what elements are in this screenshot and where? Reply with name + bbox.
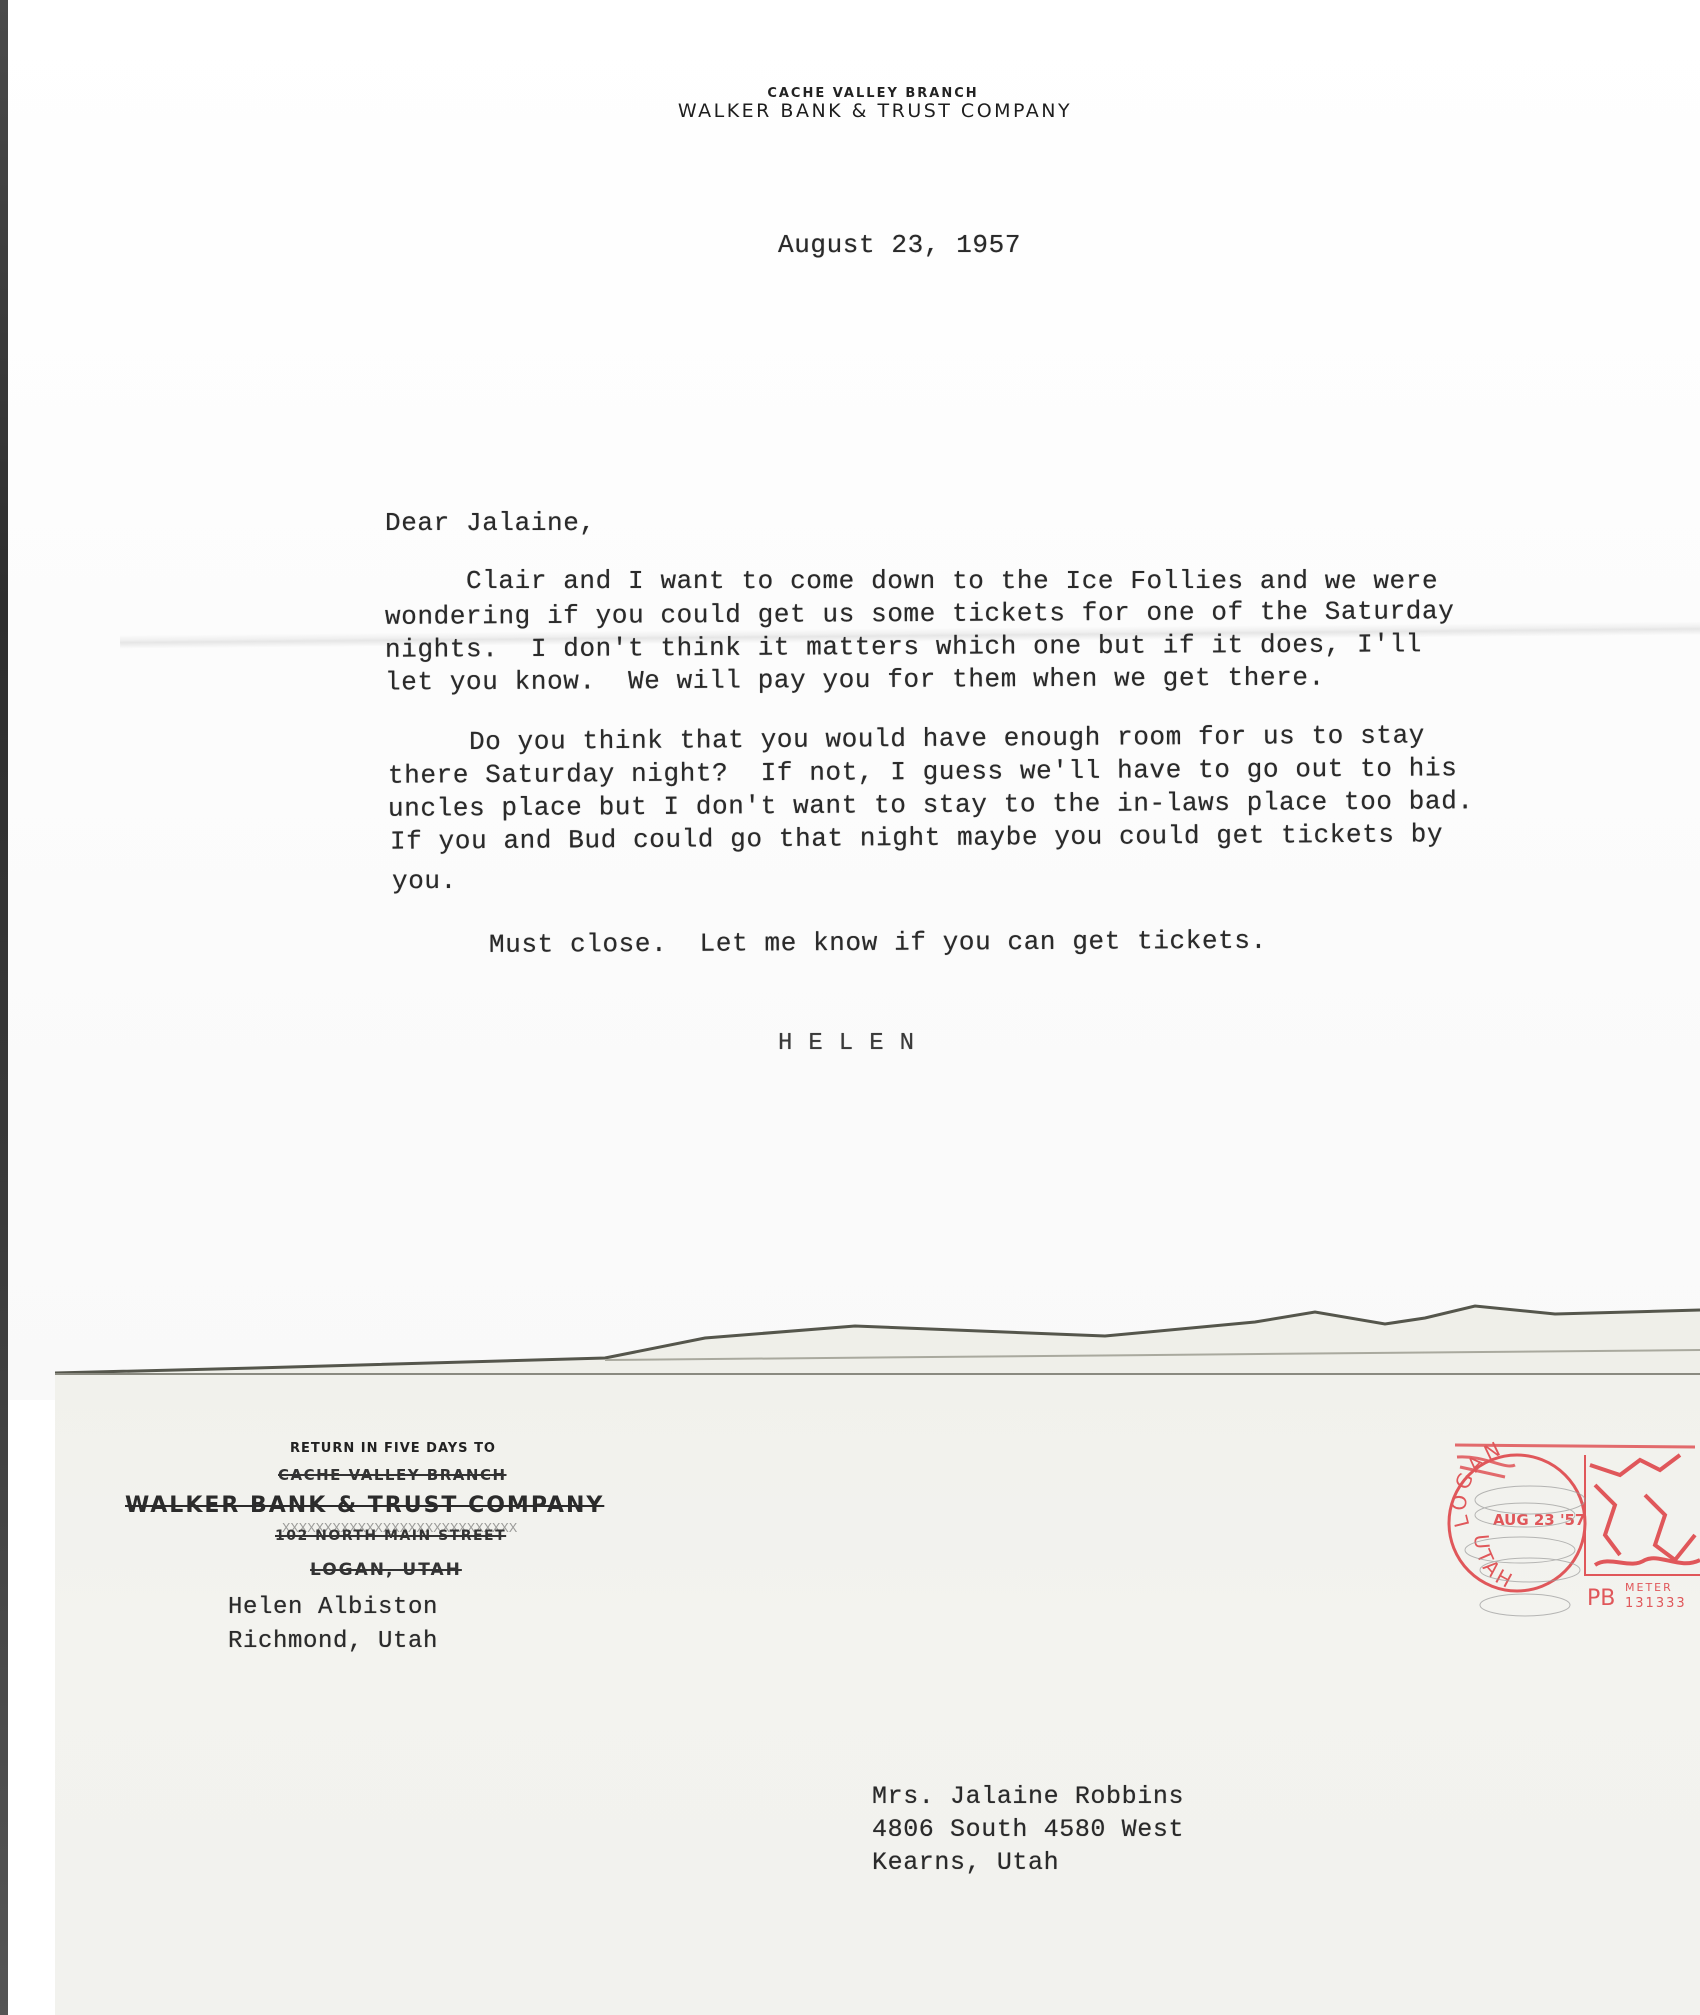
paragraph-1-line-4: let you know. We will pay you for them w… xyxy=(385,663,1325,698)
paragraph-2-line-5: you. xyxy=(392,866,457,896)
letter-date: August 23, 1957 xyxy=(778,230,1021,260)
sender-name: Helen Albiston xyxy=(228,1594,438,1621)
meter-prefix: PB xyxy=(1587,1586,1615,1611)
return-label: RETURN IN FIVE DAYS TO xyxy=(290,1441,496,1456)
recipient-city: Kearns, Utah xyxy=(872,1848,1059,1877)
crossed-out-branch: CACHE VALLEY BRANCH xyxy=(278,1466,507,1484)
meter-label: METER xyxy=(1625,1581,1673,1594)
postmark-city-bottom: UTAH xyxy=(1469,1533,1519,1594)
recipient-name: Mrs. Jalaine Robbins xyxy=(872,1782,1184,1811)
meter-number: 131333 xyxy=(1625,1596,1687,1611)
crossed-out-street: 102 NORTH MAIN STREET xyxy=(275,1528,506,1544)
signature: HELEN xyxy=(778,1030,930,1057)
recipient-street: 4806 South 4580 West xyxy=(872,1815,1184,1844)
paragraph-1-line-2: wondering if you could get us some ticke… xyxy=(385,596,1455,632)
torn-envelope-edge xyxy=(55,1300,1700,1380)
paragraph-1-line-3: nights. I don't think it matters which o… xyxy=(385,629,1422,664)
letter-sheet xyxy=(8,0,1700,1400)
sender-city: Richmond, Utah xyxy=(228,1628,438,1655)
letterhead-branch: CACHE VALLEY BRANCH xyxy=(743,86,1003,101)
paragraph-3-line-1: Must close. Let me know if you can get t… xyxy=(408,926,1267,960)
svg-text:UTAH: UTAH xyxy=(1469,1533,1519,1594)
crossed-out-city: LOGAN, UTAH xyxy=(310,1560,462,1580)
scan-edge xyxy=(0,0,8,2015)
salutation: Dear Jalaine, xyxy=(385,508,596,538)
crossed-out-company: WALKER BANK & TRUST COMPANY xyxy=(125,1493,604,1518)
postmark-icon: LOGAN AUG 23 '57 UTAH PB METER 131333 xyxy=(1445,1425,1700,1625)
paragraph-1-line-1: Clair and I want to come down to the Ice… xyxy=(385,566,1438,596)
letterhead-company: WALKER BANK & TRUST COMPANY xyxy=(625,100,1125,122)
